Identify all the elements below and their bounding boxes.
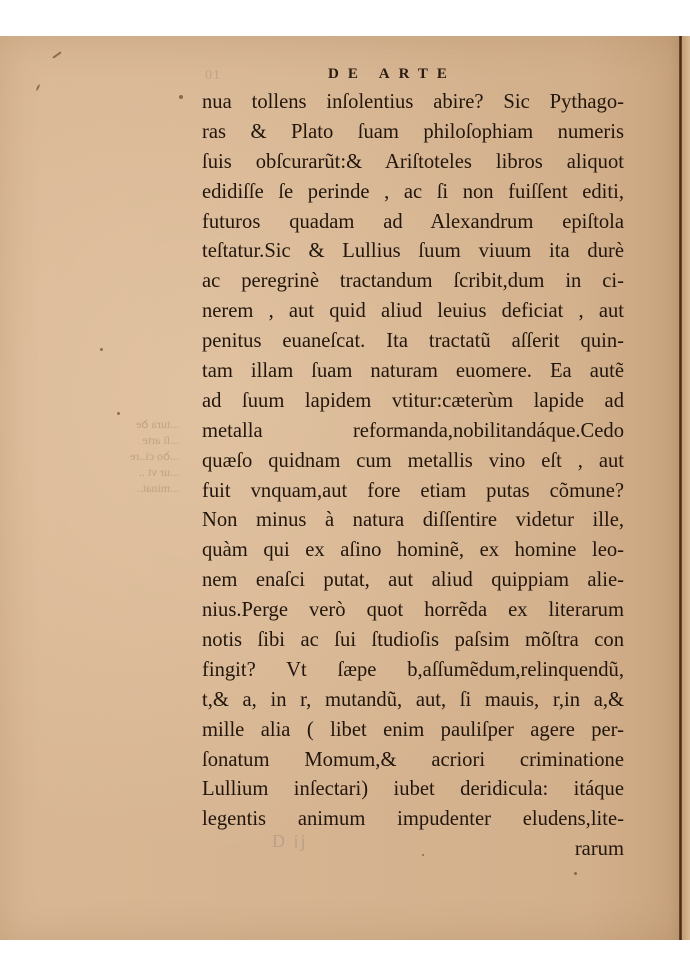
text-line: ad ſuum lapidem vtitur:cæterùm lapide ad — [202, 387, 624, 417]
paper-speck — [117, 412, 120, 415]
text-line: fuit vnquam,aut fore etiam putas cõmune? — [202, 477, 624, 507]
text-line: edidiſſe ſe perinde , ac ſi non fuiſſent… — [202, 178, 624, 208]
text-line: ac peregrinè tractandum ſcribit,dum in c… — [202, 267, 624, 297]
text-line: tam illam ſuam naturam euomere. Ea autẽ — [202, 357, 624, 387]
text-line: ras & Plato ſuam philoſophiam numeris — [202, 118, 624, 148]
signature-mark: D ij — [272, 831, 308, 852]
running-head: DE ARTE — [328, 66, 456, 83]
show-through-text: ...tura ꝺe ...ſi arte ...ꝺo ci..re ...ur… — [130, 416, 179, 496]
paper-speck — [100, 348, 103, 351]
text-line: legentis animum impudenter eludens,lite- — [202, 805, 624, 835]
text-line: penitus euaneſcat. Ita tractatũ aſſerit … — [202, 327, 624, 357]
text-line: nem enaſci putat, aut aliud quippiam ali… — [202, 566, 624, 596]
text-line: nius.Perge verò quot horrẽda ex literaru… — [202, 596, 624, 626]
text-line: Non minus à natura diſſentire videtur il… — [202, 506, 624, 536]
text-line: futuros quadam ad Alexandrum epiſtola — [202, 208, 624, 238]
text-line: quàm qui ex aſino hominẽ, ex homine leo- — [202, 536, 624, 566]
text-line: metalla reformanda,nobilitandáque.Cedo — [202, 417, 624, 447]
text-line: nerem , aut quid aliud leuius deficiat ,… — [202, 297, 624, 327]
text-line: teſtatur.Sic & Lullius ſuum viuum ita du… — [202, 237, 624, 267]
facing-page-edge — [682, 36, 690, 940]
text-line: mille alia ( libet enim pauliſper agere … — [202, 716, 624, 746]
body-text: nua tollens inſolentius abire? Sic Pytha… — [202, 88, 624, 865]
binding-gutter — [679, 36, 682, 940]
catchword: rarum — [202, 835, 624, 865]
text-line: notis ſibi ac ſui ſtudioſis paſsim mõſtr… — [202, 626, 624, 656]
text-line: ſuis obſcurarũt:& Ariſtoteles libros ali… — [202, 148, 624, 178]
text-line: fingit? Vt ſæpe b,aſſumẽdum,relinquendũ, — [202, 656, 624, 686]
text-line: t,& a, in r, mutandũ, aut, ſi mauis, r,i… — [202, 686, 624, 716]
folio-number: 01 — [205, 68, 221, 84]
text-line: ſonatum Momum,& acriori criminatione — [202, 746, 624, 776]
page-header: 01 DE ARTE — [0, 66, 690, 88]
text-line: nua tollens inſolentius abire? Sic Pytha… — [202, 88, 624, 118]
paper-speck — [52, 51, 61, 58]
paper-speck — [179, 95, 183, 99]
text-line: Lullium inſectari) iubet deridicula: itá… — [202, 775, 624, 805]
text-line: quæſo quidnam cum metallis vino eſt , au… — [202, 447, 624, 477]
book-page: ...tura ꝺe ...ſi arte ...ꝺo ci..re ...ur… — [0, 36, 690, 940]
paper-speck — [574, 872, 577, 875]
